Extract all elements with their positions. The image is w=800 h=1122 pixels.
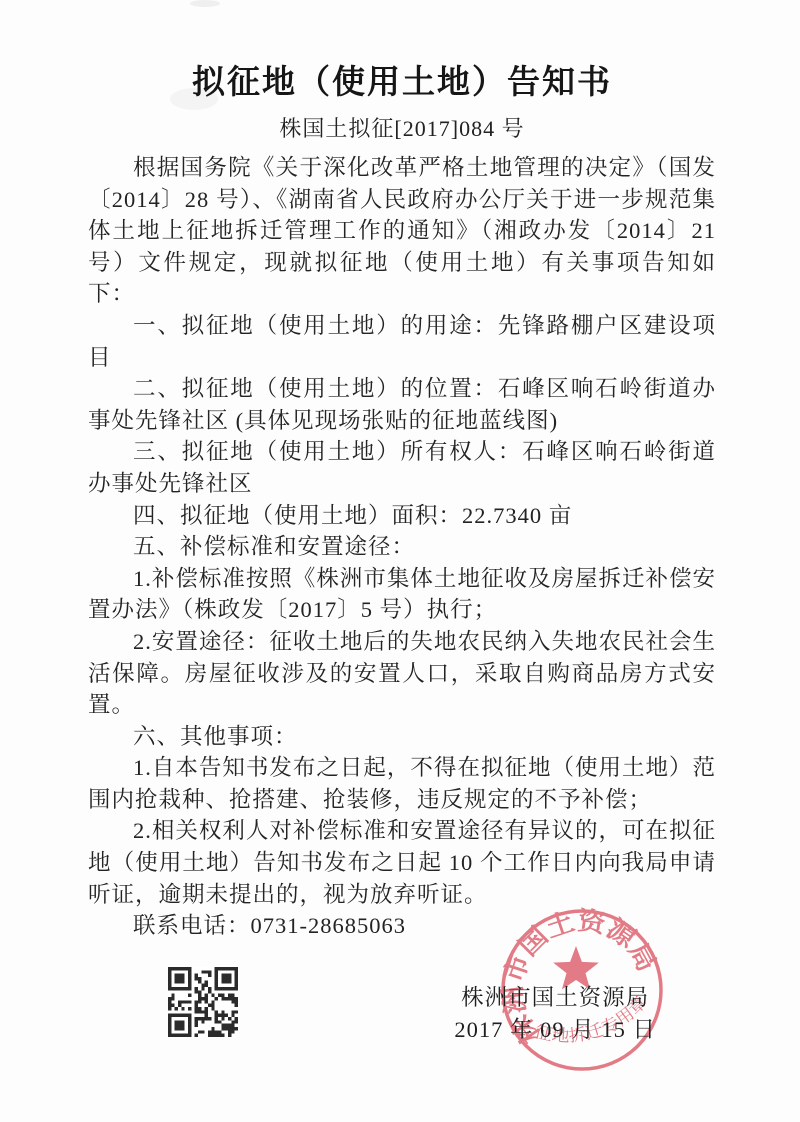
document-number: 株国土拟征[2017]084 号	[88, 112, 716, 143]
document-title: 拟征地（使用土地）告知书	[88, 56, 716, 103]
signature-block: 株洲市国土资源局 2017 年 09 月 15 日	[454, 982, 656, 1046]
body-paragraph: 1.自本告知书发布之日起，不得在拟征地（使用土地）范围内抢栽种、抢搭建、抢装修，…	[88, 752, 716, 815]
body-paragraph: 一、拟征地（使用土地）的用途：先锋路棚户区建设项目	[88, 310, 716, 373]
signature-date: 2017 年 09 月 15 日	[454, 1014, 656, 1046]
body-paragraph: 2.安置途径：征收土地后的失地农民纳入失地农民社会生活保障。房屋征收涉及的安置人…	[88, 626, 716, 721]
body-paragraph: 根据国务院《关于深化改革严格土地管理的决定》（国发〔2014〕28 号）、《湖南…	[88, 152, 716, 310]
signature-agency: 株洲市国土资源局	[454, 982, 656, 1014]
body-paragraph: 三、拟征地（使用土地）所有权人：石峰区响石岭街道办事处先锋社区	[88, 436, 716, 499]
body-paragraph: 六、其他事项：	[88, 721, 716, 753]
body-paragraph: 2.相关权利人对补偿标准和安置途径有异议的，可在拟征地（使用土地）告知书发布之日…	[88, 815, 716, 910]
body-paragraph: 二、拟征地（使用土地）的位置：石峰区响石岭街道办事处先锋社区 (具体见现场张贴的…	[88, 373, 716, 436]
body-paragraph: 四、拟征地（使用土地）面积：22.7340 亩	[88, 500, 716, 532]
document-content: 拟征地（使用土地）告知书 株国土拟征[2017]084 号 根据国务院《关于深化…	[88, 0, 716, 942]
document-page: 拟征地（使用土地）告知书 株国土拟征[2017]084 号 根据国务院《关于深化…	[0, 0, 800, 1122]
qr-code	[168, 967, 238, 1037]
body-paragraph: 1.补偿标准按照《株洲市集体土地征收及房屋拆迁补偿安置办法》（株政发〔2017〕…	[88, 563, 716, 626]
contact-phone-line: 联系电话：0731-28685063	[88, 910, 716, 942]
document-body: 根据国务院《关于深化改革严格土地管理的决定》（国发〔2014〕28 号）、《湖南…	[88, 152, 716, 942]
body-paragraph: 五、补偿标准和安置途径：	[88, 531, 716, 563]
